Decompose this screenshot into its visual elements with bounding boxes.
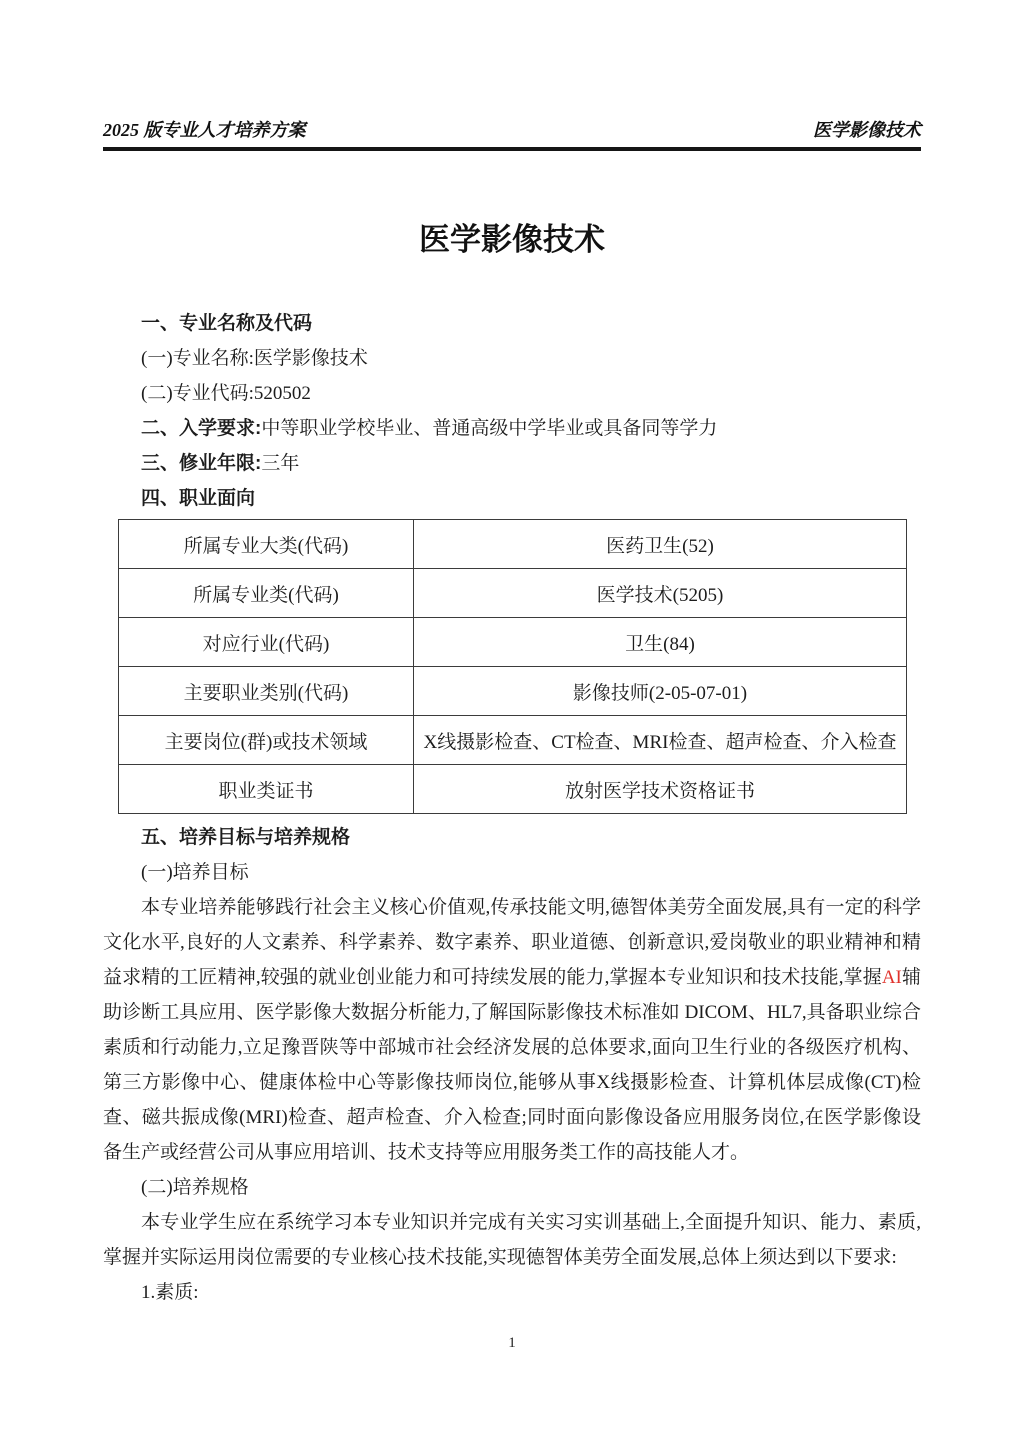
table-cell-value: 卫生(84) <box>414 618 907 667</box>
section-2-heading: 二、入学要求: <box>141 418 261 439</box>
table-cell-label: 所属专业类(代码) <box>119 569 414 618</box>
header-left-text: 2025 版专业人才培养方案 <box>103 116 306 142</box>
document-title: 医学影像技术 <box>0 214 1024 259</box>
table-cell-label: 对应行业(代码) <box>119 618 414 667</box>
section-2-line: 二、入学要求:中等职业学校毕业、普通高级中学毕业或具备同等学力 <box>103 411 921 446</box>
table-cell-label: 主要岗位(群)或技术领域 <box>119 716 414 765</box>
section-1-heading: 一、专业名称及代码 <box>103 306 921 341</box>
document-page: 2025 版专业人才培养方案 医学影像技术 医学影像技术 一、专业名称及代码 (… <box>0 0 1024 1448</box>
table-row: 职业类证书 放射医学技术资格证书 <box>119 765 907 814</box>
table-row: 所属专业类(代码) 医学技术(5205) <box>119 569 907 618</box>
table-cell-value: 放射医学技术资格证书 <box>414 765 907 814</box>
quality-item-label: 1.素质: <box>103 1275 921 1310</box>
section-5-sub2-heading: (二)培养规格 <box>103 1170 921 1205</box>
section-1-item-code: (二)专业代码:520502 <box>103 376 921 411</box>
page-header: 2025 版专业人才培养方案 医学影像技术 <box>103 116 921 151</box>
goal-text-before: 本专业培养能够践行社会主义核心价值观,传承技能文明,德智体美劳全面发展,具有一定… <box>103 897 921 988</box>
table-cell-label: 主要职业类别(代码) <box>119 667 414 716</box>
table-cell-value: 医学技术(5205) <box>414 569 907 618</box>
section-2-text: 中等职业学校毕业、普通高级中学毕业或具备同等学力 <box>261 418 717 439</box>
table-cell-label: 所属专业大类(代码) <box>119 520 414 569</box>
document-body: 一、专业名称及代码 (一)专业名称:医学影像技术 (二)专业代码:520502 … <box>103 306 921 1310</box>
section-3-line: 三、修业年限:三年 <box>103 446 921 481</box>
section-3-heading: 三、修业年限: <box>141 453 261 474</box>
table-cell-value: 医药卫生(52) <box>414 520 907 569</box>
table-row: 主要岗位(群)或技术领域 X线摄影检查、CT检查、MRI检查、超声检查、介入检查 <box>119 716 907 765</box>
training-goal-paragraph: 本专业培养能够践行社会主义核心价值观,传承技能文明,德智体美劳全面发展,具有一定… <box>103 890 921 1170</box>
career-orientation-table: 所属专业大类(代码) 医药卫生(52) 所属专业类(代码) 医学技术(5205)… <box>118 519 907 814</box>
table-cell-label: 职业类证书 <box>119 765 414 814</box>
goal-text-after: 辅助诊断工具应用、医学影像大数据分析能力,了解国际影像技术标准如 DICOM、H… <box>103 967 921 1163</box>
page-number: 1 <box>0 1335 1024 1352</box>
header-double-rule <box>103 147 921 151</box>
section-3-text: 三年 <box>261 453 299 474</box>
section-4-heading: 四、职业面向 <box>103 481 921 516</box>
goal-text-ai-highlight: AI <box>882 967 902 988</box>
training-spec-paragraph: 本专业学生应在系统学习本专业知识并完成有关实习实训基础上,全面提升知识、能力、素… <box>103 1205 921 1275</box>
table-row: 对应行业(代码) 卫生(84) <box>119 618 907 667</box>
section-1-item-name: (一)专业名称:医学影像技术 <box>103 341 921 376</box>
section-5-heading: 五、培养目标与培养规格 <box>103 820 921 855</box>
table-cell-value: 影像技师(2-05-07-01) <box>414 667 907 716</box>
table-cell-value: X线摄影检查、CT检查、MRI检查、超声检查、介入检查 <box>414 716 907 765</box>
header-right-text: 医学影像技术 <box>813 116 921 142</box>
section-5-sub1-heading: (一)培养目标 <box>103 855 921 890</box>
table-row: 主要职业类别(代码) 影像技师(2-05-07-01) <box>119 667 907 716</box>
table-row: 所属专业大类(代码) 医药卫生(52) <box>119 520 907 569</box>
